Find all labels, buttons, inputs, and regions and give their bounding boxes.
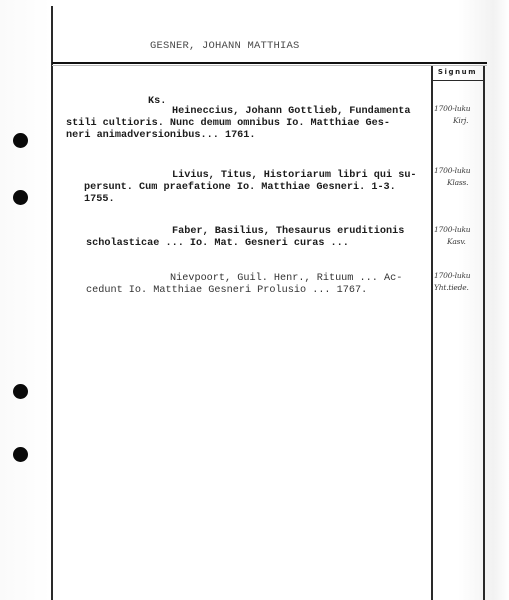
punch-hole-4 bbox=[13, 447, 28, 462]
entry-3-signum-line-2: Kasv. bbox=[447, 237, 466, 247]
entry-2-line-2: persunt. Cum praefatione Io. Matthiae Ge… bbox=[84, 182, 396, 195]
entry-1-line-3: neri animadversionibus... 1761. bbox=[66, 130, 256, 143]
catalog-card: GESNER, JOHANN MATTHIAS Signum Ks. Heine… bbox=[0, 0, 509, 600]
entry-3-line-1: Faber, Basilius, Thesaurus eruditionis bbox=[172, 226, 404, 239]
entry-4-signum-line-1: 1700-luku bbox=[434, 271, 470, 281]
entry-4-line-1: Nievpoort, Guil. Henr., Rituum ... Ac- bbox=[170, 273, 402, 286]
entry-2-line-1: Livius, Titus, Historiarum libri qui su- bbox=[172, 170, 417, 183]
signum-column-right-rule bbox=[483, 66, 485, 600]
header-rule bbox=[52, 62, 487, 64]
entry-3-line-2: scholasticae ... Io. Mat. Gesneri curas … bbox=[86, 238, 349, 251]
card-heading: GESNER, JOHANN MATTHIAS bbox=[150, 40, 300, 52]
header-rule-secondary bbox=[52, 65, 487, 66]
signum-header: Signum bbox=[432, 68, 483, 76]
entry-1-signum-line-2: Kirj. bbox=[453, 116, 468, 126]
entry-1-line-1: Heineccius, Johann Gottlieb, Fundamenta bbox=[172, 106, 410, 119]
left-margin-rule bbox=[51, 6, 53, 600]
entry-2-signum-line-1: 1700-luku bbox=[434, 166, 470, 176]
entry-2-line-3: 1755. bbox=[84, 194, 115, 207]
signum-header-rule bbox=[431, 80, 484, 81]
punch-hole-1 bbox=[13, 133, 28, 148]
entry-1-signum-line-1: 1700-luku bbox=[434, 104, 470, 114]
location-code: Ks. bbox=[148, 96, 166, 109]
entry-4-signum-line-2: Yht.tiede. bbox=[434, 283, 469, 293]
entry-2-signum-line-2: Klass. bbox=[447, 178, 468, 188]
entry-4-line-2: cedunt Io. Matthiae Gesneri Prolusio ...… bbox=[86, 285, 367, 298]
entry-1-line-2: stili cultioris. Nunc demum omnibus Io. … bbox=[66, 118, 390, 131]
entry-3-signum-line-1: 1700-luku bbox=[434, 225, 470, 235]
signum-column-left-rule bbox=[431, 66, 433, 600]
punch-hole-2 bbox=[13, 190, 28, 205]
punch-hole-3 bbox=[13, 384, 28, 399]
